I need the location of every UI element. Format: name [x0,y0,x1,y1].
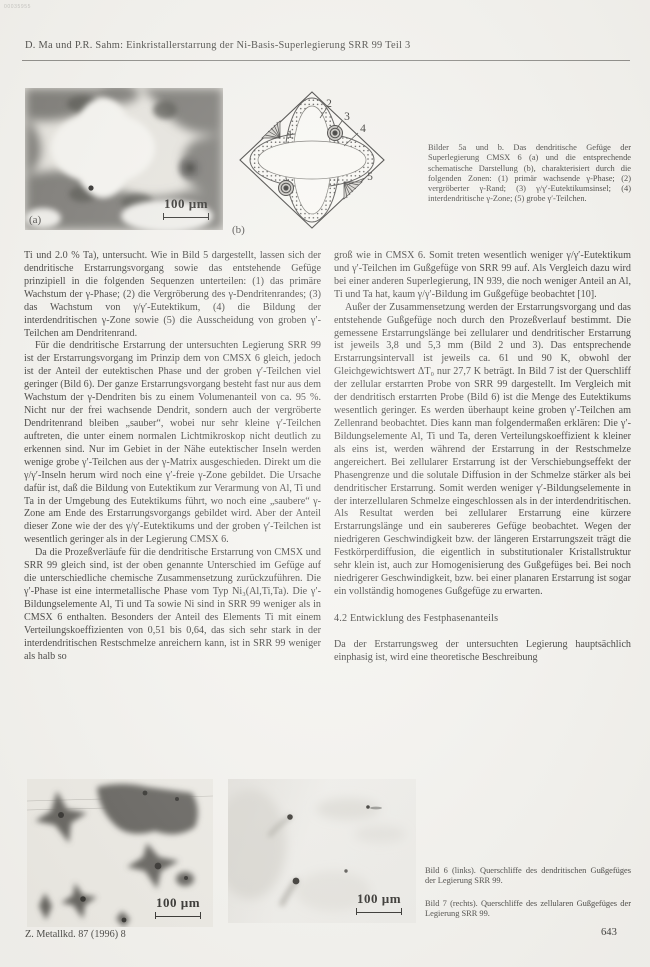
section-heading: 4.2 Entwicklung des Festphasenanteils [334,613,631,626]
scalebar-text: 100 µm [348,891,410,907]
journal-page: 00035955 D. Ma und P.R. Sahm: Einkristal… [0,0,650,967]
eutectic-island-icon [328,126,343,141]
schematic-zone-label: 4 [360,123,366,135]
figure-5b-schematic: 1 2 3 4 5 (b) [232,86,392,238]
paragraph: Da der Erstarrungsweg der untersuchten L… [334,639,631,665]
scalebar-line [163,213,209,220]
scalebar-text: 100 µm [155,196,217,212]
figure-5-caption: Bilder 5a und b. Das dendritische Gefüge… [428,143,631,205]
schematic-zone-label: 3 [344,111,350,123]
schematic-zone-label: 1 [287,129,293,141]
paragraph: Ti und 2.0 % Ta), untersucht. Wie in Bil… [24,250,321,340]
scalebar-text: 100 µm [147,895,209,911]
paragraph: groß wie in CMSX 6. Somit treten wesentl… [334,250,631,302]
figure-5a-scalebar: 100 µm [155,196,217,220]
figure-7-scalebar: 100 µm [348,891,410,915]
journal-footer: Z. Metallkd. 87 (1996) 8 [25,929,126,940]
figure-5b-label: (b) [232,224,245,236]
paragraph: Außer der Zusammensetzung werden der Ers… [334,302,631,599]
coarse-gamma-prime-hatch [344,182,362,199]
schematic-zone-label: 2 [326,98,332,110]
figure-6-scalebar: 100 µm [147,895,209,919]
schematic-zone-label: 5 [367,171,373,183]
schematic-5b-drawing: 1 2 3 4 5 [232,86,392,238]
scalebar-line [356,908,402,915]
header-rule [22,60,630,61]
body-column-left: Ti und 2.0 % Ta), untersucht. Wie in Bil… [24,250,321,664]
body-column-right: groß wie in CMSX 6. Somit treten wesentl… [334,250,631,665]
paragraph: Für die dendritische Erstarrung der unte… [24,340,321,547]
figure-7-caption: Bild 7 (rechts). Querschliffe des zellul… [425,899,631,920]
eutectic-island-icon [279,181,294,196]
scan-watermark: 00035955 [4,4,31,10]
scalebar-line [155,912,201,919]
coarse-gamma-prime-hatch [262,121,280,138]
figure-7-micrograph: 100 µm [228,779,416,923]
figure-5a-label: (a) [29,214,41,226]
paragraph: Da die Prozeßverläufe für die dendritisc… [24,547,321,663]
figure-6-micrograph: 100 µm [27,779,213,927]
figure-5a-micrograph: (a) 100 µm [25,88,223,230]
figure-6-caption: Bild 6 (links). Querschliffe des dendrit… [425,866,631,887]
running-header: D. Ma und P.R. Sahm: Einkristallerstarru… [25,40,615,51]
page-number: 643 [601,927,617,938]
